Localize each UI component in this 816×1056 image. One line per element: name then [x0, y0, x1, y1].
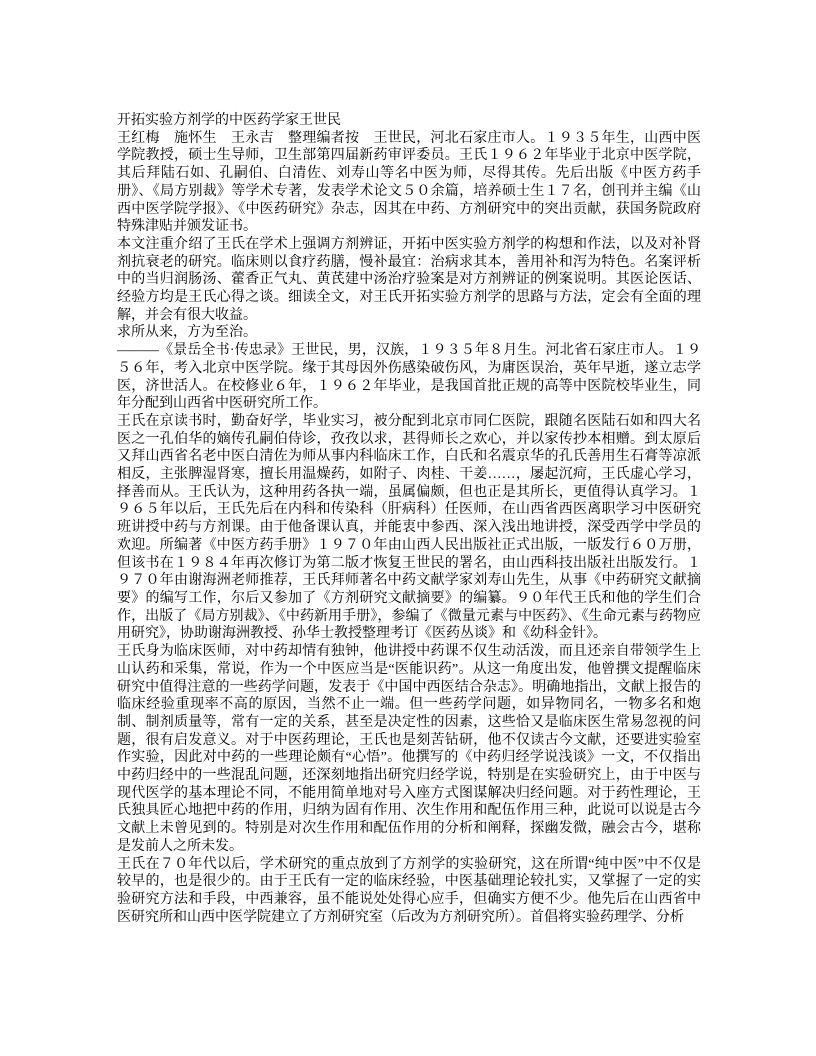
paragraph-pharmacology-theory: 王氏身为临床医师，对中药却情有独钟，他讲授中药课不仅生动活泼，而且还亲自带领学生… [117, 643, 701, 855]
paragraph-career-study: 王氏在京读书时，勤奋好学，毕业实习，被分配到北京市同仁医院，跟随名医陆石如和四大… [117, 413, 701, 643]
document-page: 开拓实验方剂学的中医药学家王世民 王红梅 施怀生 王永吉 整理编者按 王世民，河… [0, 0, 816, 1056]
document-title: 开拓实验方剂学的中医药学家王世民 [117, 112, 701, 130]
paragraph-quote: 求所从来，方为至治。 [117, 324, 701, 342]
paragraph-research-focus: 王氏在７０年代以后，学术研究的重点放到了方剂学的实验研究，这在所谓“纯中医”中不… [117, 856, 701, 927]
paragraph-editor-note: 王红梅 施怀生 王永吉 整理编者按 王世民，河北石家庄市人。１９３５年生，山西中… [117, 130, 701, 236]
paragraph-biography: ———《景岳全书·传忠录》王世民，男，汉族，１９３５年８月生。河北省石家庄市人。… [117, 342, 701, 413]
paragraph-abstract: 本文注重介绍了王氏在学术上强调方剂辨证，开拓中医实验方剂学的构想和作法，以及对补… [117, 236, 701, 325]
